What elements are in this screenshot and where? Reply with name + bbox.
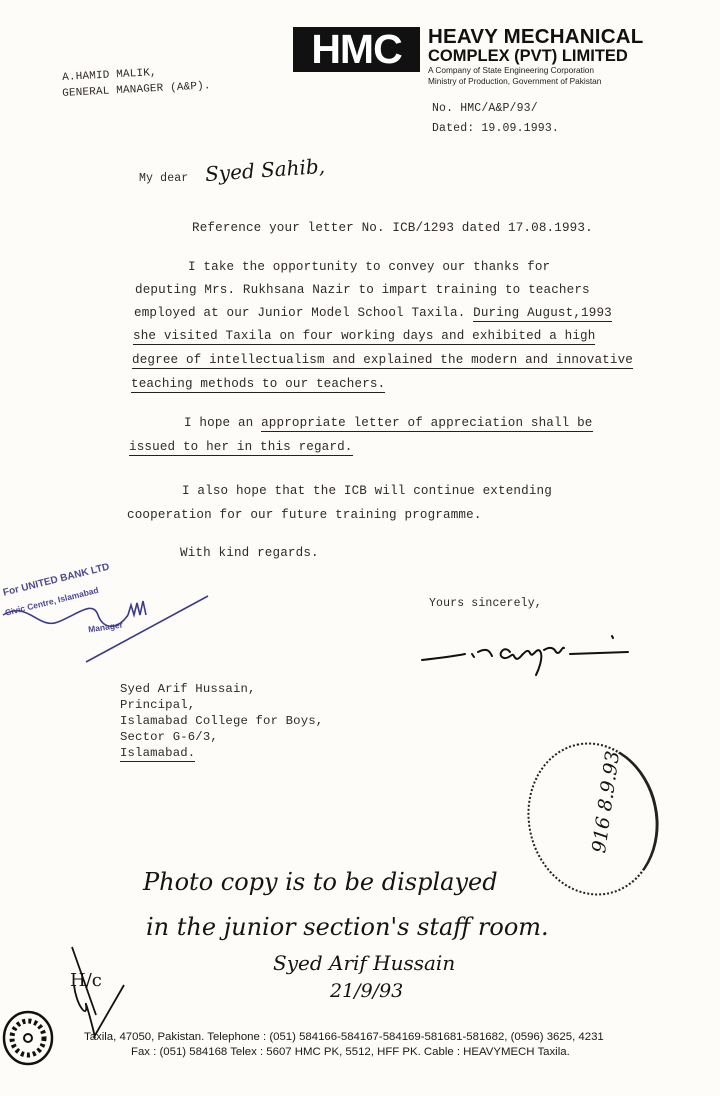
reference-line: Reference your letter No. ICB/1293 dated… <box>192 221 593 235</box>
handwritten-note-line1: Photo copy is to be displayed <box>143 868 498 896</box>
bank-stamp-signature-icon <box>0 570 218 665</box>
salutation-handwritten-name: Syed Sahib, <box>204 154 325 186</box>
para1-line5: degree of intellectualism and explained … <box>132 353 633 367</box>
para1-line3: employed at our Junior Model School Taxi… <box>134 306 612 320</box>
para2-line2: issued to her in this regard. <box>129 440 353 454</box>
para2-underlined-phrase: appropriate letter of appreciation shall… <box>261 416 592 432</box>
para2-line1-text: I hope an <box>184 416 253 430</box>
footer-address-line: Taxila, 47050, Pakistan. Telephone : (05… <box>84 1031 604 1043</box>
sender-title: GENERAL MANAGER (A&P). <box>62 80 211 100</box>
handwritten-note-signature: Syed Arif Hussain <box>273 951 455 975</box>
para1-line5-text: degree of intellectualism and explained … <box>132 353 633 369</box>
para2-line1: I hope an appropriate letter of apprecia… <box>184 416 593 430</box>
handwritten-note-date: 21/9/93 <box>330 980 403 1002</box>
recipient-institution: Islamabad College for Boys, <box>120 713 323 729</box>
company-subline2: Ministry of Production, Government of Pa… <box>428 76 643 87</box>
para2-line2-text: issued to her in this regard. <box>129 440 353 456</box>
footer-fax-line: Fax : (051) 584168 Telex : 5607 HMC PK, … <box>131 1046 570 1058</box>
letter-date: Dated: 19.09.1993. <box>432 122 559 135</box>
handwritten-note-line2: in the junior section's staff room. <box>146 913 549 941</box>
recipient-name: Syed Arif Hussain, <box>120 681 323 697</box>
gear-emblem-icon <box>2 1010 54 1066</box>
para1-line4-text: she visited Taxila on four working days … <box>133 329 595 345</box>
closing-yours-sincerely: Yours sincerely, <box>429 597 542 610</box>
received-stamp-date: 916 8.9.93 <box>588 749 624 854</box>
para1-line1: I take the opportunity to convey our tha… <box>188 260 550 274</box>
recipient-sector: Sector G-6/3, <box>120 729 323 745</box>
bank-stamp: For UNITED BANK LTD Civic Centre, Islama… <box>0 570 218 665</box>
company-subline1: A Company of State Engineering Corporati… <box>428 65 643 76</box>
salutation-prefix: My dear <box>139 172 188 185</box>
recipient-city: Islamabad. <box>120 745 323 761</box>
recipient-title: Principal, <box>120 697 323 713</box>
para1-line6: teaching methods to our teachers. <box>131 377 385 391</box>
para1-line2: deputing Mrs. Rukhsana Nazir to impart t… <box>135 283 590 297</box>
para1-line6-text: teaching methods to our teachers. <box>131 377 385 393</box>
closing-regards: With kind regards. <box>180 546 319 560</box>
company-name: HEAVY MECHANICAL COMPLEX (PVT) LIMITED A… <box>428 26 643 87</box>
sender-name: A.HAMID MALIK, <box>62 67 157 84</box>
para1-line4: she visited Taxila on four working days … <box>133 329 595 343</box>
company-logo: HMC <box>293 27 420 72</box>
reference-number: No. HMC/A&P/93/ <box>432 102 538 115</box>
para1-line3-text: employed at our Junior Model School Taxi… <box>134 306 465 320</box>
para1-underlined-phrase: During August,1993 <box>473 306 612 322</box>
recipient-address: Syed Arif Hussain, Principal, Islamabad … <box>120 681 323 761</box>
para3-line1: I also hope that the ICB will continue e… <box>182 484 552 498</box>
sender-signature-icon <box>420 630 635 680</box>
para3-line2: cooperation for our future training prog… <box>127 508 482 522</box>
company-name-line2: COMPLEX (PVT) LIMITED <box>428 47 643 65</box>
company-name-line1: HEAVY MECHANICAL <box>428 26 643 47</box>
received-stamp: 916 8.9.93 <box>513 730 672 908</box>
initials-checkmark-icon <box>68 945 128 1045</box>
